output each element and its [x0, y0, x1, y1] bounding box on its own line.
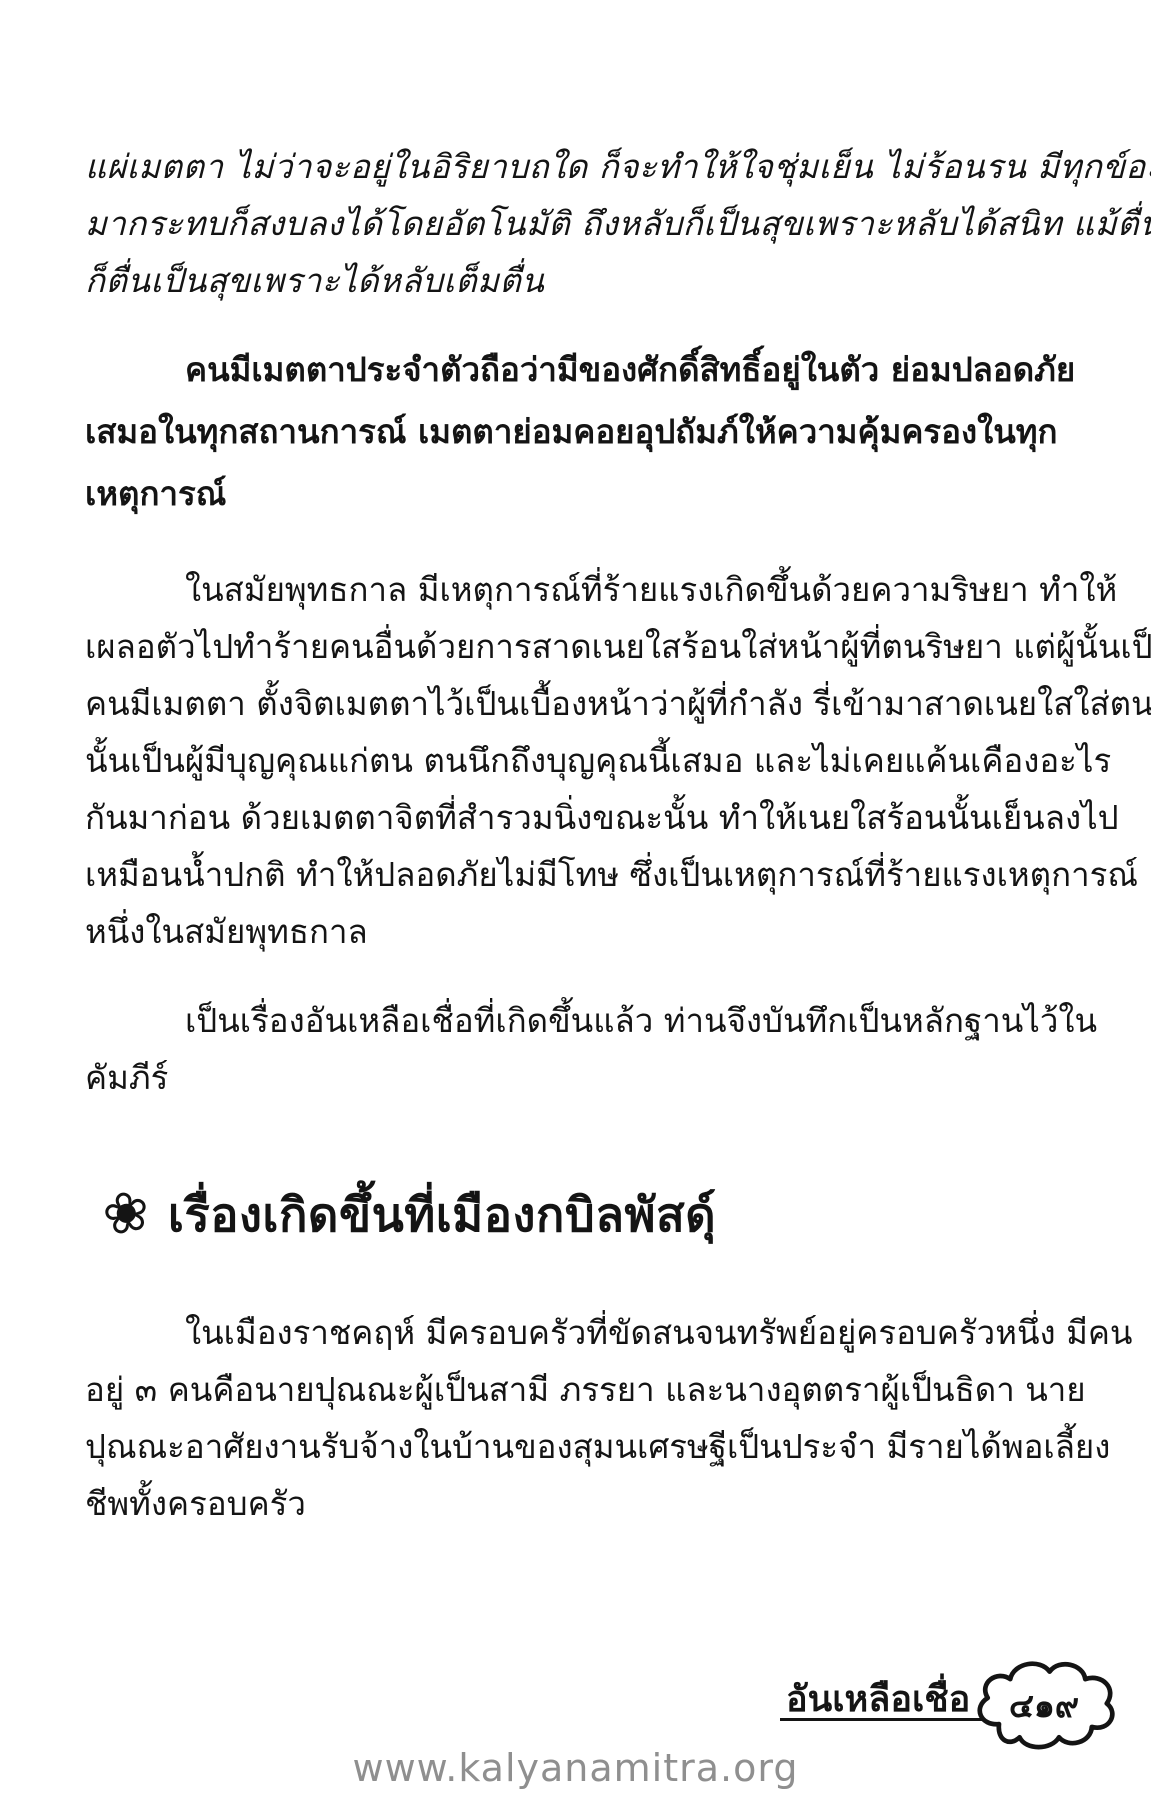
text-line: ปุณณะอาศัยงานรับจ้างในบ้านของสุมนเศรษฐีเ…: [85, 1418, 945, 1475]
text-line: คนมีเมตตาประจำตัวถือว่ามีของศักดิ์สิทธิ์…: [85, 339, 945, 401]
paragraph-buddhist-era-story: ในสมัยพุทธกาล มีเหตุการณ์ที่ร้ายแรงเกิดข…: [85, 561, 945, 960]
text-line: ในสมัยพุทธกาล มีเหตุการณ์ที่ร้ายแรงเกิดข…: [85, 561, 945, 618]
section-title: เรื่องเกิดขึ้นที่เมืองกบิลพัสดุ์: [168, 1177, 716, 1252]
text-line: เสมอในทุกสถานการณ์ เมตตาย่อมคอยอุปถัมภ์ใ…: [85, 401, 945, 463]
paragraph-bold-metta: คนมีเมตตาประจำตัวถือว่ามีของศักดิ์สิทธิ์…: [85, 339, 945, 525]
text-line: อยู่ ๓ คนคือนายปุณณะผู้เป็นสามี ภรรยา แล…: [85, 1361, 945, 1418]
watermark-url: www.kalyanamitra.org: [0, 1746, 1151, 1790]
book-page: แผ่เมตตา ไม่ว่าจะอยู่ในอิริยาบถใด ก็จะทำ…: [0, 0, 1151, 1800]
text-line: แผ่เมตตา ไม่ว่าจะอยู่ในอิริยาบถใด ก็จะทำ…: [85, 138, 945, 195]
text-line: นั้นเป็นผู้มีบุญคุณแก่ตน ตนนึกถึงบุญคุณน…: [85, 732, 945, 789]
text-line: เผลอตัวไปทำร้ายคนอื่นด้วยการสาดเนยใสร้อน…: [85, 618, 945, 675]
text-column: แผ่เมตตา ไม่ว่าจะอยู่ในอิริยาบถใด ก็จะทำ…: [85, 0, 945, 1532]
text-line: ชีพทั้งครอบครัว: [85, 1475, 945, 1532]
page-number: ๔๑๙: [969, 1656, 1119, 1751]
text-line: กันมาก่อน ด้วยเมตตาจิตที่สำรวมนิ่งขณะนั้…: [85, 789, 945, 846]
text-line: เหมือนน้ำปกติ ทำให้ปลอดภัยไม่มีโทษ ซึ่งเ…: [85, 846, 945, 903]
text-line: คนมีเมตตา ตั้งจิตเมตตาไว้เป็นเบื้องหน้าว…: [85, 675, 945, 732]
text-line: คัมภีร์: [85, 1049, 945, 1106]
flower-ornament-icon: ❀: [98, 1182, 156, 1247]
text-line: เป็นเรื่องอันเหลือเชื่อที่เกิดขึ้นแล้ว ท…: [85, 992, 945, 1049]
paragraph-rajgir-family: ในเมืองราชคฤห์ มีครอบครัวที่ขัดสนจนทรัพย…: [85, 1304, 945, 1532]
text-line: มากระทบก็สงบลงได้โดยอัตโนมัติ ถึงหลับก็เ…: [85, 195, 945, 252]
text-line: เหตุการณ์: [85, 463, 945, 525]
text-line: ในเมืองราชคฤห์ มีครอบครัวที่ขัดสนจนทรัพย…: [85, 1304, 945, 1361]
cloud-page-number-badge: ๔๑๙: [969, 1656, 1119, 1751]
text-line: หนึ่งในสมัยพุทธกาล: [85, 903, 945, 960]
paragraph-scripture-note: เป็นเรื่องอันเหลือเชื่อที่เกิดขึ้นแล้ว ท…: [85, 992, 945, 1106]
paragraph-intro-italic: แผ่เมตตา ไม่ว่าจะอยู่ในอิริยาบถใด ก็จะทำ…: [85, 138, 945, 309]
section-heading: ❀ เรื่องเกิดขึ้นที่เมืองกบิลพัสดุ์: [85, 1164, 945, 1264]
text-line: ก็ตื่นเป็นสุขเพราะได้หลับเต็มตื่น: [85, 252, 945, 309]
page-footer: อันเหลือเชื่อ ๔๑๙: [778, 1656, 1123, 1754]
